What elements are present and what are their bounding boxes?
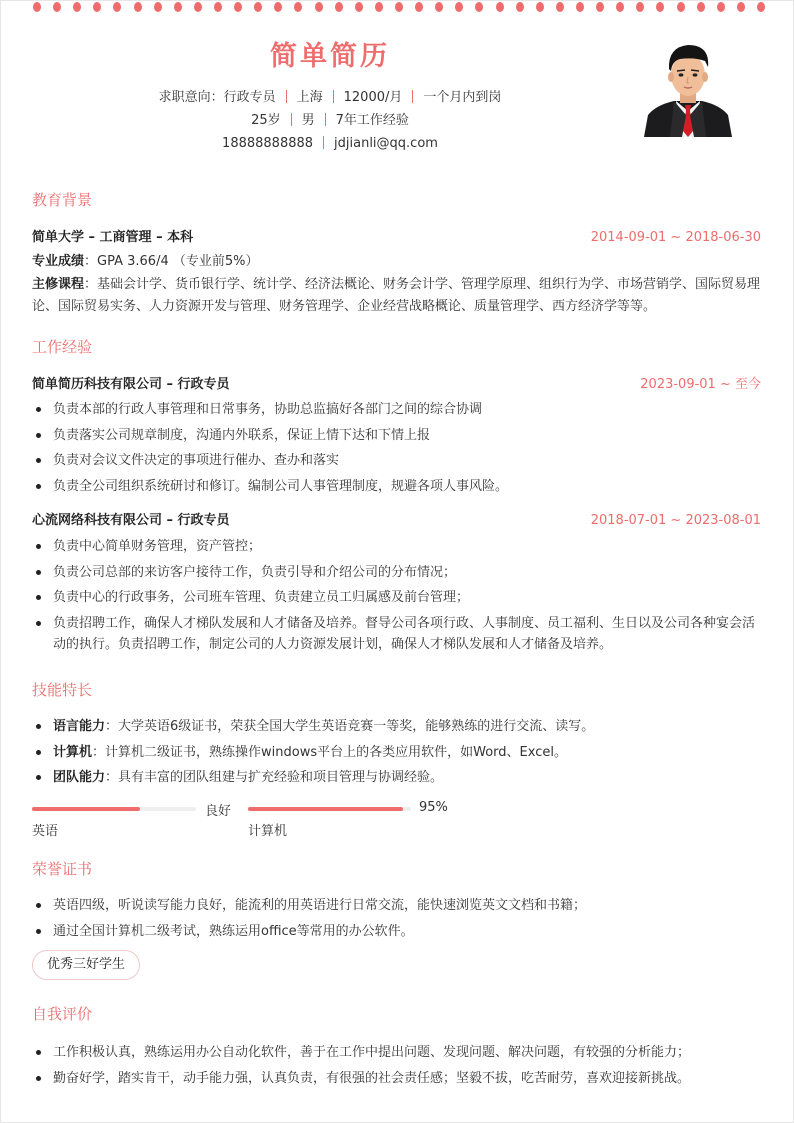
availability: 一个月内到岗 <box>423 90 501 105</box>
section-title-work: 工作经验 <box>32 337 92 357</box>
dot-decoration <box>154 2 162 12</box>
dot-decoration <box>234 2 242 12</box>
divider <box>412 90 413 103</box>
list-item: 勤奋好学，踏实肯干，动手能力强，认真负责，有很强的社会责任感；坚毅不拔，吃苦耐劳… <box>32 1068 764 1089</box>
dot-decoration <box>737 2 745 12</box>
dot-decoration <box>254 2 262 12</box>
dot-decoration <box>536 2 544 12</box>
list-item: 负责落实公司规章制度，沟通内外联系，保证上情下达和下情上报 <box>32 425 764 446</box>
list-item: 工作积极认真，熟练运用办公自动化软件，善于在工作中提出问题、发现问题、解决问题，… <box>32 1042 764 1063</box>
avatar-portrait-icon <box>642 39 734 137</box>
dot-decoration <box>556 2 564 12</box>
dot-decoration <box>395 2 403 12</box>
dot-decoration <box>355 2 363 12</box>
phone[interactable]: 18888888888 <box>222 136 313 151</box>
gender: 男 <box>302 113 315 128</box>
dot-decoration <box>274 2 282 12</box>
dot-decoration <box>435 2 443 12</box>
dot-decoration <box>717 2 725 12</box>
dot-decoration <box>475 2 483 12</box>
gpa-line: 专业成绩：GPA 3.66/4 （专业前5%） <box>32 251 764 273</box>
section-title-self-evaluation: 自我评价 <box>32 1004 92 1024</box>
dot-decoration <box>697 2 705 12</box>
section-title-education: 教育背景 <box>32 190 92 210</box>
dot-decoration <box>496 2 504 12</box>
divider <box>286 90 287 103</box>
education-entry-heading: 简单大学 – 工商管理 – 本科 2014-09-01 ~ 2018-06-30 <box>32 229 761 247</box>
personal-info-row: 25岁男7年工作经验 <box>1 112 659 130</box>
age: 25岁 <box>251 113 281 128</box>
dot-decoration <box>294 2 302 12</box>
email[interactable]: jdjianli@qq.com <box>334 136 438 151</box>
list-item: 负责对会议文件决定的事项进行催办、查办和落实 <box>32 450 764 471</box>
dot-decoration <box>576 2 584 12</box>
dot-decoration <box>596 2 604 12</box>
progress-track <box>32 807 196 811</box>
progress-fill <box>32 807 140 811</box>
skill-text: ：具有丰富的团队组建与扩充经验和项目管理与协调经验。 <box>105 770 443 785</box>
list-item: 团队能力：具有丰富的团队组建与扩充经验和项目管理与协调经验。 <box>32 767 764 788</box>
skill-bar-computer: 95% 计算机 <box>248 799 458 839</box>
honor-tag: 优秀三好学生 <box>32 950 140 980</box>
dot-decoration <box>636 2 644 12</box>
avatar <box>642 39 734 137</box>
job-company-role: 心流网络科技有限公司 – 行政专员 <box>32 513 230 528</box>
dot-decoration <box>757 2 765 12</box>
gpa-label: 专业成绩 <box>32 254 84 269</box>
list-item: 通过全国计算机二级考试，熟练运用office等常用的办公软件。 <box>32 921 764 942</box>
honors-list: 英语四级，听说读写能力良好，能流利的用英语进行日常交流，能快速浏览英文文档和书籍… <box>32 895 764 946</box>
skill-label: 团队能力 <box>53 770 105 785</box>
job-date: 2018-07-01 ~ 2023-08-01 <box>591 512 761 530</box>
job-duties-list: 负责本部的行政人事管理和日常事务，协助总监搞好各部门之间的综合协调 负责落实公司… <box>32 399 764 501</box>
city: 上海 <box>297 90 323 105</box>
experience-years: 7年工作经验 <box>336 113 409 128</box>
skill-text: ：大学英语6级证书，荣获全国大学生英语竞赛一等奖，能够熟练的进行交流、读写。 <box>105 719 594 734</box>
divider <box>291 113 292 126</box>
job-date: 2023-09-01 ~ 至今 <box>640 376 761 394</box>
skills-list: 语言能力：大学英语6级证书，荣获全国大学生英语竞赛一等奖，能够熟练的进行交流、读… <box>32 716 764 793</box>
dot-decoration <box>616 2 624 12</box>
list-item: 语言能力：大学英语6级证书，荣获全国大学生英语竞赛一等奖，能够熟练的进行交流、读… <box>32 716 764 737</box>
dot-decoration <box>93 2 101 12</box>
skill-label: 计算机 <box>53 745 92 760</box>
dot-decoration <box>315 2 323 12</box>
self-evaluation-list: 工作积极认真，熟练运用办公自动化软件，善于在工作中提出问题、发现问题、解决问题，… <box>32 1042 764 1093</box>
job-duties-list: 负责中心简单财务管理，资产管控； 负责公司总部的来访客户接待工作，负责引导和介绍… <box>32 536 764 659</box>
job-intention: 求职意向：行政专员 <box>159 90 276 105</box>
job-company-role: 简单简历科技有限公司 – 行政专员 <box>32 377 230 392</box>
list-item: 负责中心的行政事务，公司班车管理、负责建立员工归属感及前台管理； <box>32 587 764 608</box>
dot-decoration <box>113 2 121 12</box>
skill-level: 95% <box>419 800 448 815</box>
dot-decoration <box>375 2 383 12</box>
courses-line: 主修课程：基础会计学、货币银行学、统计学、经济法概论、财务会计学、管理学原理、组… <box>32 274 764 318</box>
skill-name: 英语 <box>32 820 58 839</box>
contact-row: 18888888888jdjianli@qq.com <box>1 135 659 153</box>
skill-level: 良好 <box>205 800 231 819</box>
dot-decoration <box>53 2 61 12</box>
skill-bar-english: 良好 英语 <box>32 799 237 839</box>
dot-decoration <box>33 2 41 12</box>
skill-name: 计算机 <box>248 820 287 839</box>
list-item: 计算机：计算机二级证书，熟练操作windows平台上的各类应用软件，如Word、… <box>32 742 764 763</box>
dot-decoration <box>335 2 343 12</box>
resume-page: 简单简历 求职意向：行政专员上海12000/月一个月内到岗 25岁男7年工作经验… <box>0 0 794 1123</box>
list-item: 负责本部的行政人事管理和日常事务，协助总监搞好各部门之间的综合协调 <box>32 399 764 420</box>
courses-value: ：基础会计学、货币银行学、统计学、经济法概论、财务会计学、管理学原理、组织行为学… <box>32 277 760 314</box>
resume-title: 简单简历 <box>1 39 659 75</box>
progress-fill <box>248 807 403 811</box>
dot-decoration <box>415 2 423 12</box>
skill-label: 语言能力 <box>53 719 105 734</box>
dot-decoration <box>677 2 685 12</box>
dot-decoration <box>214 2 222 12</box>
divider <box>333 90 334 103</box>
job-heading: 心流网络科技有限公司 – 行政专员 2018-07-01 ~ 2023-08-0… <box>32 512 761 530</box>
school-major-degree: 简单大学 – 工商管理 – 本科 <box>32 230 193 245</box>
list-item: 负责招聘工作，确保人才梯队发展和人才储备及培养。督导公司各项行政、人事制度、员工… <box>32 613 764 655</box>
dot-decoration <box>656 2 664 12</box>
dot-decoration <box>73 2 81 12</box>
list-item: 负责中心简单财务管理，资产管控； <box>32 536 764 557</box>
dot-decoration <box>194 2 202 12</box>
section-title-skills: 技能特长 <box>32 680 92 700</box>
education-date: 2014-09-01 ~ 2018-06-30 <box>591 229 761 247</box>
dot-decoration <box>455 2 463 12</box>
gpa-value: ：GPA 3.66/4 （专业前5%） <box>84 254 258 269</box>
progress-track <box>248 807 411 811</box>
salary: 12000/月 <box>344 90 403 105</box>
dot-decoration <box>134 2 142 12</box>
skill-text: ：计算机二级证书，熟练操作windows平台上的各类应用软件，如Word、Exc… <box>92 745 567 760</box>
job-intention-row: 求职意向：行政专员上海12000/月一个月内到岗 <box>1 89 659 107</box>
section-title-honors: 荣誉证书 <box>32 859 92 879</box>
list-item: 负责公司总部的来访客户接待工作，负责引导和介绍公司的分布情况； <box>32 562 764 583</box>
divider <box>323 136 324 149</box>
list-item: 英语四级，听说读写能力良好，能流利的用英语进行日常交流，能快速浏览英文文档和书籍… <box>32 895 764 916</box>
divider <box>325 113 326 126</box>
list-item: 负责全公司组织系统研讨和修订。编制公司人事管理制度，规避各项人事风险。 <box>32 476 764 497</box>
dot-decoration <box>174 2 182 12</box>
dot-decoration <box>516 2 524 12</box>
courses-label: 主修课程 <box>32 277 84 292</box>
top-dot-border <box>33 2 765 12</box>
job-heading: 简单简历科技有限公司 – 行政专员 2023-09-01 ~ 至今 <box>32 376 761 394</box>
